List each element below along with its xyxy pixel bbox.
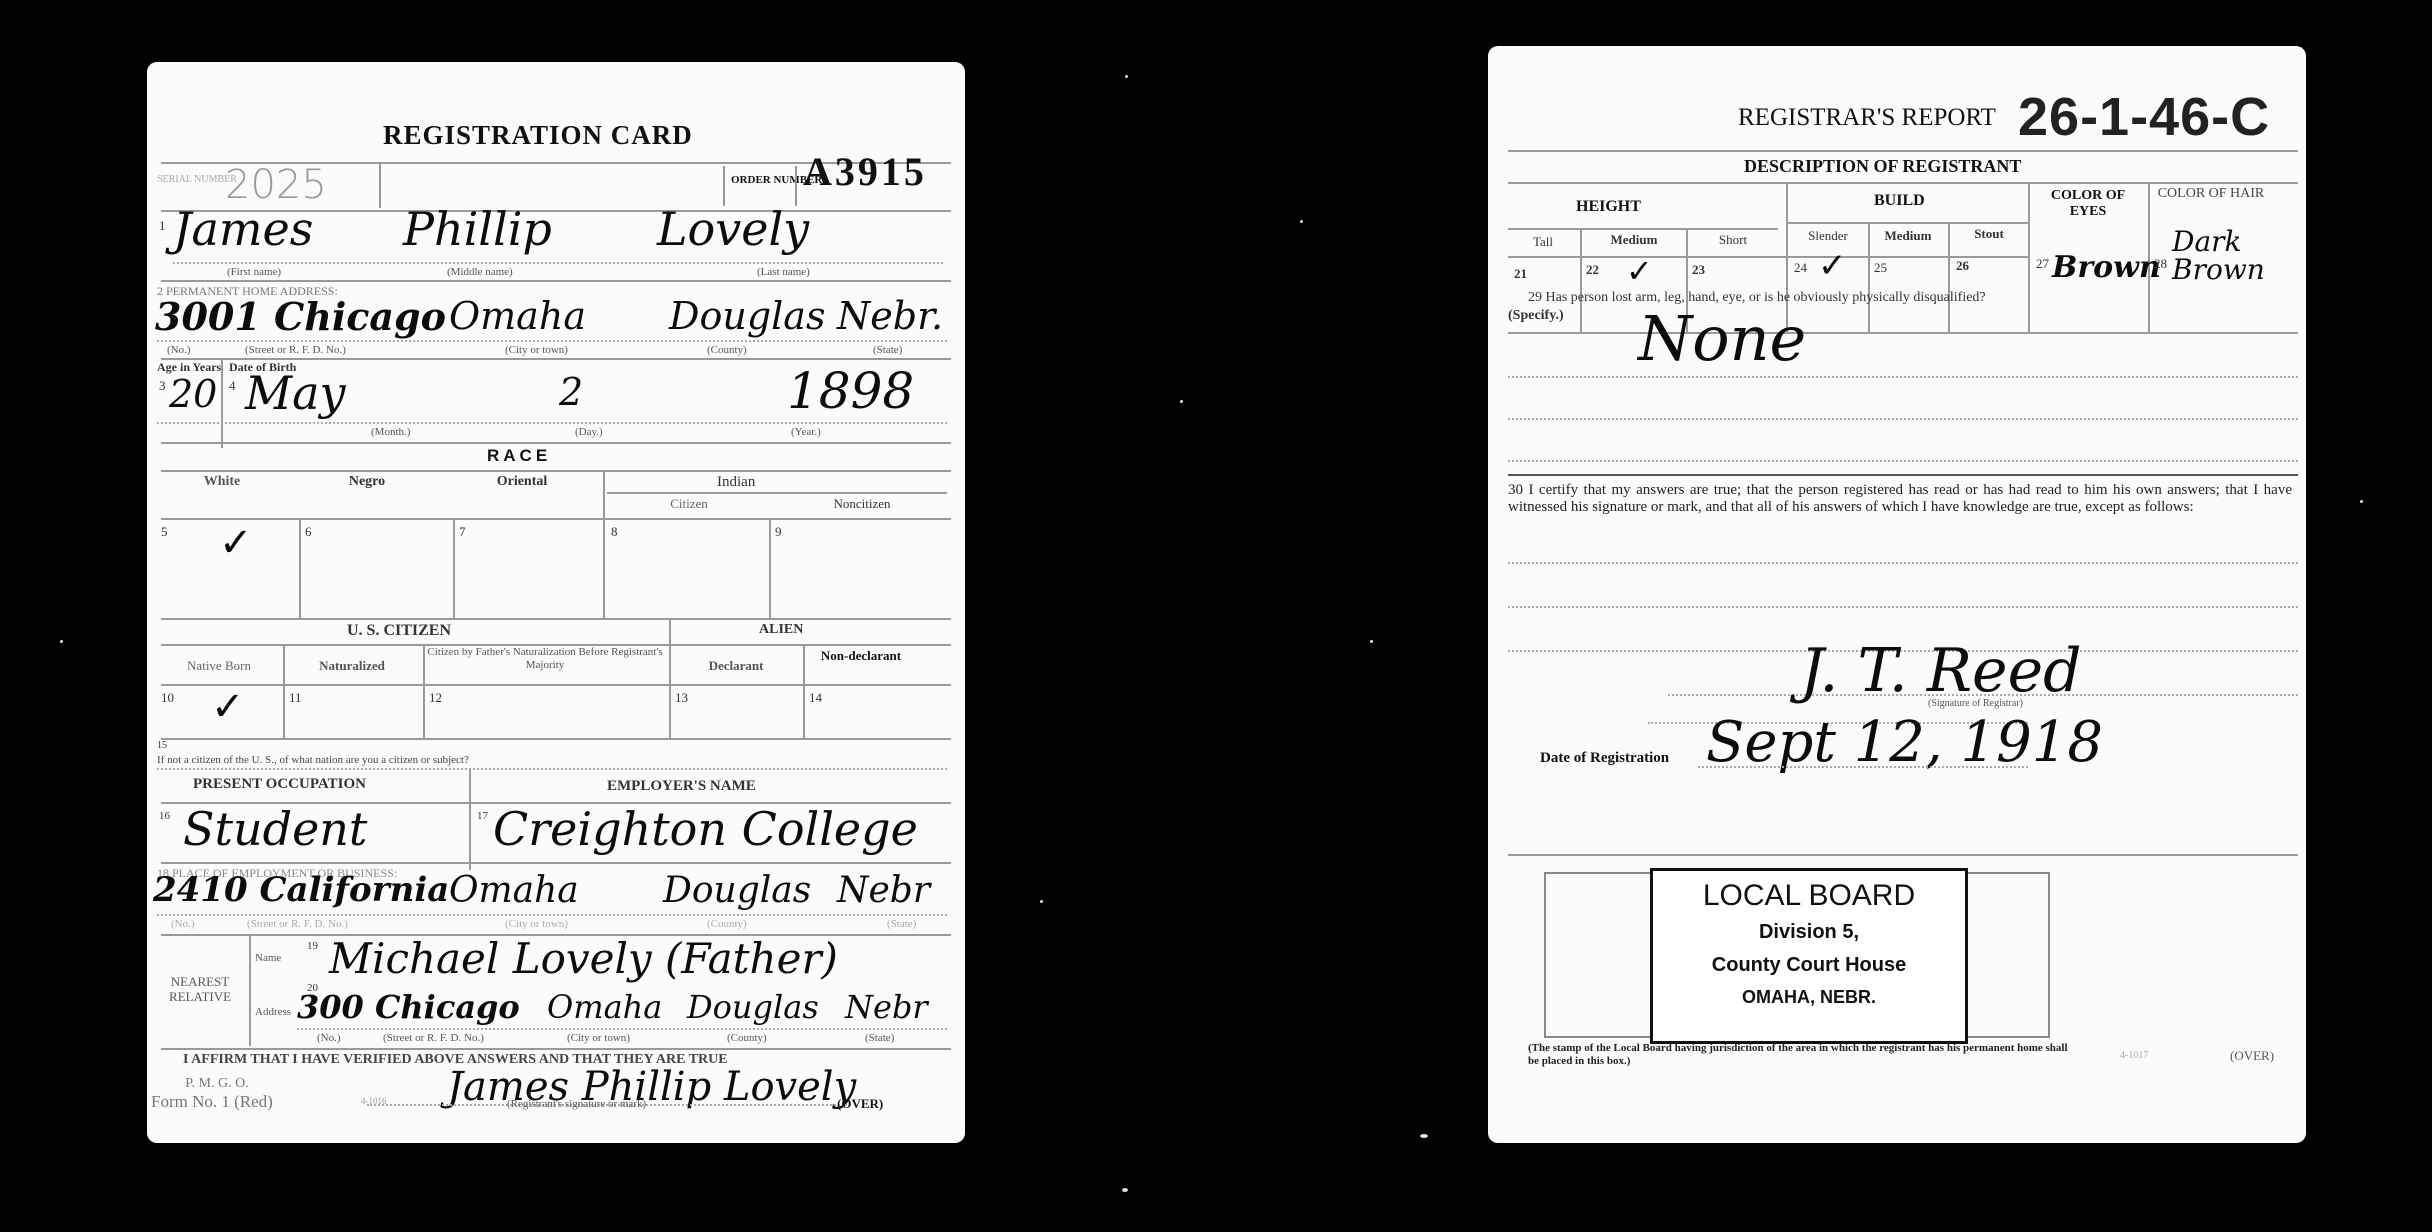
nationality-question: If not a citizen of the U. S., of what n…	[157, 754, 469, 766]
address-no-label: (No.)	[171, 918, 195, 930]
field-number: 24	[1794, 260, 1807, 276]
race-header: RACE	[487, 446, 551, 466]
certification-text: 30 I certify that my answers are true; t…	[1508, 482, 2292, 516]
occupation-value: Student	[183, 802, 367, 856]
height-medium-label: Medium	[1584, 232, 1684, 248]
home-street: 3001 Chicago	[155, 294, 446, 339]
order-number: A3915	[803, 148, 927, 195]
last-name: Lovely	[657, 202, 809, 256]
eye-color: Brown	[2052, 250, 2161, 285]
relative-county: Douglas	[687, 988, 819, 1026]
alien-declarant-label: Declarant	[673, 658, 799, 674]
last-name-label: (Last name)	[757, 266, 810, 278]
address-city-label: (City or town)	[505, 344, 568, 356]
height-short-label: Short	[1688, 232, 1778, 248]
build-header: BUILD	[1874, 192, 1925, 210]
field-number: 7	[459, 524, 466, 540]
first-name: James	[173, 202, 313, 256]
relative-city: Omaha	[547, 988, 662, 1026]
address-county-label: (County)	[727, 1032, 767, 1044]
address-county-label: (County)	[707, 918, 747, 930]
over-label: (OVER)	[837, 1096, 883, 1112]
dob-year: 1898	[787, 362, 914, 420]
address-city-label: (City or town)	[567, 1032, 630, 1044]
day-label: (Day.)	[575, 426, 603, 438]
relative-name-label: Name	[255, 952, 281, 964]
employer-value: Creighton College	[493, 802, 918, 856]
field-number: 1	[159, 218, 166, 234]
stamp-line-3: County Court House	[1653, 954, 1965, 977]
height-medium-check: ✓	[1626, 252, 1653, 290]
film-speck	[60, 640, 63, 643]
address-state-label: (State)	[865, 1032, 894, 1044]
first-name-label: (First name)	[227, 266, 281, 278]
build-medium-label: Medium	[1868, 228, 1948, 244]
film-speck	[1300, 220, 1303, 223]
cit-naturalized-label: Naturalized	[287, 658, 417, 674]
home-city: Omaha	[449, 294, 586, 338]
registrars-report-back: REGISTRAR'S REPORT 26-1-46-C DESCRIPTION…	[1488, 46, 2306, 1143]
race-col-oriental-label: Oriental	[447, 474, 597, 490]
address-street-label: (Street or R. F. D. No.)	[247, 918, 348, 930]
over-label: (OVER)	[2230, 1048, 2274, 1064]
dob-day: 2	[559, 370, 583, 414]
field-number: 25	[1874, 260, 1887, 276]
film-speck	[1125, 75, 1128, 78]
address-state-label: (State)	[887, 918, 916, 930]
stamp-line-2: Division 5,	[1653, 921, 1965, 944]
field-number: 15	[157, 740, 167, 751]
film-speck	[1122, 1188, 1128, 1192]
field-number: 9	[775, 524, 782, 540]
field-number: 4	[229, 378, 236, 394]
indian-header: Indian	[717, 474, 755, 491]
home-state: Nebr.	[837, 294, 943, 338]
address-state-label: (State)	[873, 344, 902, 356]
employer-header: EMPLOYER'S NAME	[607, 778, 756, 795]
stamp-note: (The stamp of the Local Board having jur…	[1528, 1042, 2068, 1068]
field-number: 16	[159, 810, 170, 822]
field-number: 11	[289, 690, 302, 706]
age-value: 20	[169, 372, 217, 416]
address-street-label: (Street or R. F. D. No.)	[245, 344, 346, 356]
alien-nondeclarant-label: Non-declarant	[811, 648, 911, 663]
native-born-check: ✓	[211, 684, 245, 730]
employment-city: Omaha	[449, 870, 579, 911]
serial-number-label: SERIAL NUMBER	[157, 174, 221, 185]
signature-label: (Registrant's signature or mark)	[507, 1098, 646, 1110]
field-number: 22	[1586, 262, 1599, 278]
middle-name: Phillip	[403, 202, 552, 256]
address-no-label: (No.)	[167, 344, 191, 356]
hair-color: Dark Brown	[2172, 228, 2292, 284]
field-number: 3	[159, 378, 166, 394]
relative-name: Michael Lovely (Father)	[329, 934, 838, 983]
field-number: 5	[161, 524, 168, 540]
dob-month: May	[245, 366, 346, 420]
address-city-label: (City or town)	[505, 918, 568, 930]
cit-native-born-label: Native Born	[157, 658, 281, 674]
build-slender-label: Slender	[1788, 228, 1868, 244]
field-number: 27	[2036, 256, 2049, 272]
form-id-line1: P. M. G. O.	[157, 1076, 277, 1092]
year-label: (Year.)	[791, 426, 821, 438]
field-number: 23	[1692, 262, 1705, 278]
film-speck	[1370, 640, 1373, 643]
form-id-line2: Form No. 1 (Red)	[151, 1092, 273, 1112]
employment-state: Nebr	[837, 870, 930, 911]
order-number-label: ORDER NUMBER	[731, 174, 791, 186]
registration-card-front: REGISTRATION CARD SERIAL NUMBER 2025 ORD…	[147, 62, 965, 1143]
specify-label: (Specify.)	[1508, 308, 1564, 324]
eyes-header: COLOR OF EYES	[2034, 188, 2142, 220]
build-stout-label: Stout	[1950, 226, 2028, 242]
stamp-line-4: OMAHA, NEBR.	[1653, 987, 1965, 1008]
registrar-signature-label: (Signature of Registrar)	[1928, 698, 2023, 709]
film-speck	[1420, 1134, 1428, 1138]
local-board-stamp: LOCAL BOARD Division 5, County Court Hou…	[1650, 868, 1968, 1044]
height-tall-label: Tall	[1508, 234, 1578, 250]
description-header: DESCRIPTION OF REGISTRANT	[1744, 156, 2021, 177]
alien-header: ALIEN	[759, 622, 803, 638]
film-speck	[1180, 400, 1183, 403]
height-header: HEIGHT	[1576, 198, 1641, 216]
nearest-relative-label: NEAREST RELATIVE	[155, 974, 245, 1004]
us-citizen-header: U. S. CITIZEN	[347, 622, 451, 640]
field-number: 17	[477, 810, 488, 822]
registrar-signature: J. T. Reed	[1800, 636, 2081, 706]
field-number: 21	[1514, 266, 1527, 282]
field-number: 14	[809, 690, 822, 706]
registration-date-label: Date of Registration	[1540, 750, 1669, 767]
race-col-negro-label: Negro	[297, 474, 437, 490]
race-col-citizen-label: Citizen	[609, 496, 769, 512]
address-county-label: (County)	[707, 344, 747, 356]
stamp-line-1: LOCAL BOARD	[1653, 879, 1965, 913]
relative-address-label: Address	[255, 1006, 291, 1018]
report-title: REGISTRAR'S REPORT	[1738, 104, 1996, 132]
address-street-label: (Street or R. F. D. No.)	[383, 1032, 484, 1044]
field-number: 26	[1956, 258, 1969, 274]
relative-street: 300 Chicago	[297, 988, 520, 1026]
home-county: Douglas	[669, 294, 825, 338]
address-no-label: (No.)	[317, 1032, 341, 1044]
field-number: 10	[161, 690, 174, 706]
stamped-code: 26-1-46-C	[2018, 86, 2270, 148]
employment-street: 2410 California	[153, 870, 449, 910]
field-number: 19	[307, 940, 318, 952]
disability-answer: None	[1638, 302, 1806, 375]
month-label: (Month.)	[371, 426, 410, 438]
film-speck	[1040, 900, 1043, 903]
occupation-header: PRESENT OCCUPATION	[193, 776, 366, 793]
field-number: 12	[429, 690, 442, 706]
field-number: 28	[2154, 256, 2167, 272]
field-number: 13	[675, 690, 688, 706]
field-number: 6	[305, 524, 312, 540]
race-white-check: ✓	[219, 520, 253, 566]
form-code: 4-1017	[2120, 1050, 2148, 1061]
card-title: REGISTRATION CARD	[383, 120, 693, 151]
hair-header: COLOR OF HAIR	[2156, 186, 2266, 202]
film-speck	[2360, 500, 2363, 503]
build-slender-check: ✓	[1818, 246, 1847, 286]
race-col-noncitizen-label: Noncitizen	[777, 496, 947, 512]
field-number: 8	[611, 524, 618, 540]
relative-state: Nebr	[845, 988, 928, 1026]
middle-name-label: (Middle name)	[447, 266, 513, 278]
race-col-white-label: White	[157, 474, 287, 490]
cit-by-father-label: Citizen by Father's Naturalization Befor…	[425, 646, 665, 672]
employment-county: Douglas	[663, 870, 811, 911]
